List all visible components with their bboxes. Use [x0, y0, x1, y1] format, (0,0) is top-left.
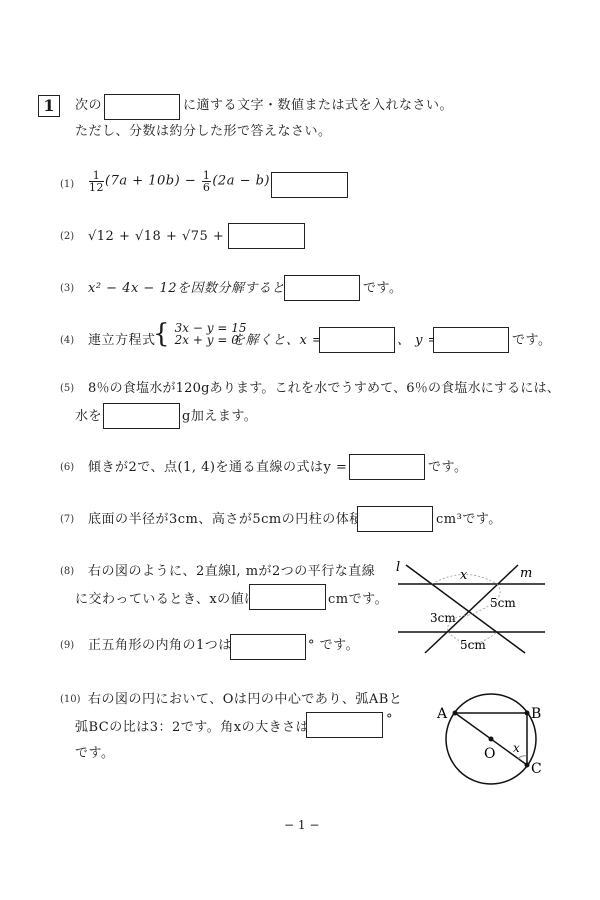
answer-box-7[interactable]	[357, 506, 433, 532]
brace-icon: {	[153, 319, 170, 349]
problem-8-line2-suffix: cmです。	[328, 592, 388, 608]
problem-4-mid: を解くと、x =	[232, 333, 323, 349]
problem-6-suffix: です。	[428, 460, 467, 476]
problem-7-number: (7)	[60, 512, 74, 528]
answer-box-10[interactable]	[306, 712, 383, 738]
label-5cm-lower: 5cm	[460, 638, 486, 652]
problem-9-number: (9)	[60, 638, 74, 654]
answer-box-1[interactable]	[271, 172, 348, 198]
problem-4-suffix: です。	[512, 333, 551, 349]
fraction-1-12: 112	[89, 170, 104, 193]
label-O: O	[484, 746, 495, 762]
answer-box-6[interactable]	[349, 454, 425, 480]
answer-box-4-x[interactable]	[319, 327, 395, 353]
label-l: l	[396, 560, 400, 575]
problem-7-text: 底面の半径が3cm、高さが5cmの円柱の体積は	[88, 512, 376, 528]
problem-3-number: (3)	[60, 281, 74, 297]
page-number: − 1 −	[284, 818, 319, 832]
problem-5-line1: 8％の食塩水が120gあります。これを水でうすめて、6％の食塩水にするには、	[88, 381, 560, 397]
label-5cm-upper: 5cm	[490, 596, 516, 610]
problem-8-line2-prefix: に交わっているとき、xの値は	[75, 592, 258, 608]
problem-10-line3: です。	[75, 746, 114, 762]
label-3cm: 3cm	[430, 611, 456, 625]
problem-5-line2-suffix: g加えます。	[182, 409, 257, 425]
circle-figure: A B C O x	[420, 680, 560, 800]
problem-8-number: (8)	[60, 564, 74, 580]
label-C: C	[531, 761, 542, 777]
question-number: 1	[43, 96, 54, 115]
question-number-box: 1	[38, 95, 60, 117]
label-m: m	[520, 566, 532, 581]
problem-10-number: (10)	[60, 692, 81, 708]
problem-10-line2-suffix: °	[386, 712, 393, 728]
problem-10-line2-prefix: 弧BCの比は3：2です。角xの大きさは	[75, 720, 309, 736]
problem-5-line2-prefix: 水を	[75, 409, 102, 425]
problem-6-number: (6)	[60, 460, 74, 476]
fraction-1-6: 16	[202, 170, 212, 193]
answer-box-5[interactable]	[103, 403, 180, 429]
problem-9-text: 正五角形の内角の1つは	[88, 638, 232, 654]
instruction-after-box: に適する文字・数値または式を入れなさい。	[183, 98, 453, 114]
problem-4-prefix: 連立方程式	[88, 333, 156, 349]
problem-8-line1: 右の図のように、2直線l, mが2つの平行な直線	[88, 564, 375, 580]
label-B: B	[531, 706, 541, 722]
problem-10-line1: 右の図の円において、Oは円の中心であり、弧ABと	[88, 692, 402, 708]
answer-box-4-y[interactable]	[433, 327, 509, 353]
problem-5-number: (5)	[60, 381, 74, 397]
instruction-line2: ただし、分数は約分した形で答えなさい。	[75, 124, 332, 140]
parallel-lines-figure: l m x 5cm 3cm 5cm	[390, 555, 560, 665]
label-x: x	[513, 741, 520, 755]
instruction-before-box: 次の	[75, 98, 102, 114]
problem-1-expression: 112(7a + 10b) − 16(2a − b) =	[88, 170, 286, 193]
answer-box-2[interactable]	[228, 223, 305, 249]
label-A: A	[436, 706, 448, 722]
label-x: x	[460, 568, 468, 583]
problem-9-suffix: ° です。	[308, 638, 359, 654]
problem-4-number: (4)	[60, 333, 74, 349]
problem-3-text: x² − 4x − 12を因数分解すると、	[88, 281, 299, 297]
problem-3-suffix: です。	[363, 281, 402, 297]
instruction-example-box	[104, 94, 180, 120]
answer-box-9[interactable]	[230, 634, 306, 660]
problem-2-number: (2)	[60, 229, 74, 245]
problem-7-suffix: cm³です。	[436, 512, 502, 528]
answer-box-8[interactable]	[249, 584, 326, 610]
problem-6-text: 傾きが2で、点(1, 4)を通る直線の式はy =	[88, 460, 347, 476]
answer-box-3[interactable]	[284, 275, 360, 301]
problem-1-number: (1)	[60, 177, 74, 193]
